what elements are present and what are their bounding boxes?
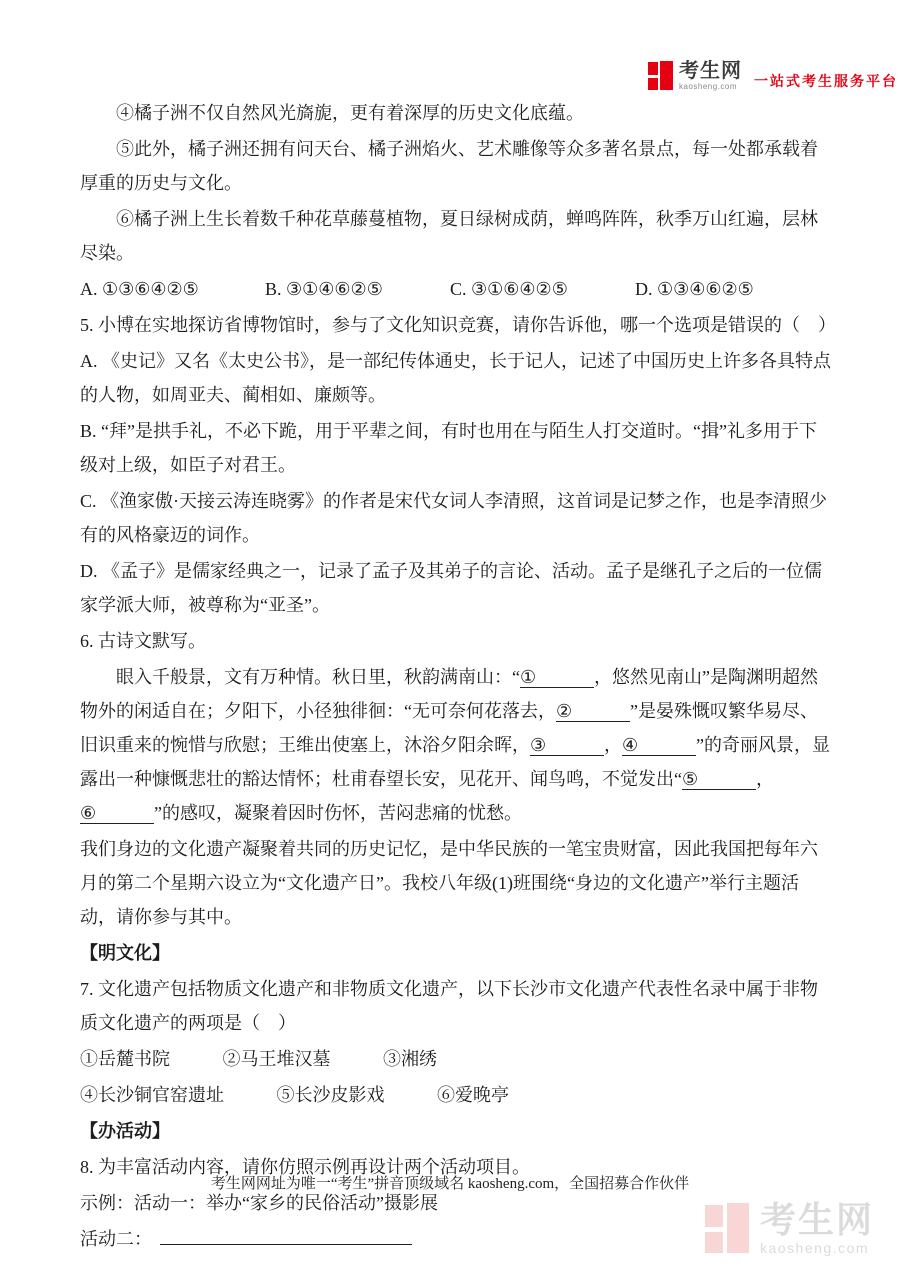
section-header-activity: 【办活动】 (80, 1114, 832, 1148)
q4-option-a: A. ①③⑥④②⑤ (80, 272, 265, 306)
q7-item-5: ⑤长沙皮影戏 (277, 1078, 385, 1112)
q4-option-c: C. ③①⑥④②⑤ (450, 272, 635, 306)
watermark-domain: kaosheng.com (760, 1241, 874, 1255)
heritage-paragraph: 我们身边的文化遗产凝聚着共同的历史记忆，是中华民族的一笔宝贵财富，因此我国把每年… (80, 832, 832, 934)
q6-blank-3: ③ (530, 735, 604, 756)
q5-option-b: B. “拜”是拱手礼，不必下跪，用于平辈之间，有时也用在与陌生人打交道时。“揖”… (80, 414, 832, 482)
brand-tagline: 一站式考生服务平台 (754, 71, 898, 91)
q7-item-1: ①岳麓书院 (80, 1042, 170, 1076)
activity-2-label: 活动二： (80, 1229, 152, 1249)
logo-text: 考生网 kaosheng.com (679, 61, 742, 91)
footer-note: 考生网网址为唯一“考生”拼音顶级域名 kaosheng.com，全国招募合作伙伴 (0, 1172, 900, 1193)
kaosheng-logo-icon (648, 61, 674, 91)
section-header-culture: 【明文化】 (80, 936, 832, 970)
exam-paper-page: 考生网 kaosheng.com 一站式考生服务平台 ④橘子洲不仅自然风光旖旎，… (0, 0, 900, 1272)
watermark-text: 考生网 kaosheng.com (760, 1202, 874, 1255)
activity-2-blank (160, 1223, 412, 1245)
question-7: 7. 文化遗产包括物质文化遗产和非物质文化遗产，以下长沙市文化遗产代表性名录中属… (80, 972, 832, 1040)
q4-options-row: A. ①③⑥④②⑤ B. ③①④⑥②⑤ C. ③①⑥④②⑤ D. ①③④⑥②⑤ (80, 272, 832, 306)
q6-blank-1: ① (520, 667, 594, 688)
brand-name: 考生网 (679, 61, 742, 81)
q7-item-4: ④长沙铜官窑遗址 (80, 1078, 224, 1112)
q6-blank-6: ⑥ (80, 803, 154, 824)
question-5: 5. 小博在实地探访省博物馆时，参与了文化知识竞赛，请你告诉他，哪一个选项是错误… (80, 308, 832, 342)
paragraph-4: ④橘子洲不仅自然风光旖旎，更有着深厚的历史文化底蕴。 (80, 96, 832, 130)
q6-text-7: ”的感叹，凝聚着因时伤怀，苦闷悲痛的忧愁。 (154, 803, 522, 823)
q4-option-b: B. ③①④⑥②⑤ (265, 272, 450, 306)
q4-option-d: D. ①③④⑥②⑤ (635, 272, 820, 306)
question-6-body: 眼入千般景，文有万种情。秋日里，秋韵满南山：“①，悠然见南山”是陶渊明超然物外的… (80, 660, 832, 830)
brand-domain: kaosheng.com (679, 83, 742, 91)
paragraph-5: ⑤此外，橘子洲还拥有问天台、橘子洲焰火、艺术雕像等众多著名景点，每一处都承载着厚… (80, 132, 832, 200)
watermark-logo-icon (705, 1203, 751, 1255)
q6-blank-4: ④ (622, 735, 696, 756)
paragraph-6: ⑥橘子洲上生长着数千种花草藤蔓植物，夏日绿树成荫，蝉鸣阵阵，秋季万山红遍，层林尽… (80, 202, 832, 270)
q7-item-2: ②马王堆汉墓 (223, 1042, 331, 1076)
watermark: 考生网 kaosheng.com (705, 1202, 874, 1255)
q5-option-c: C. 《渔家傲·天接云涛连晓雾》的作者是宋代女词人李清照，这首词是记梦之作，也是… (80, 484, 832, 552)
q6-blank-5: ⑤ (682, 769, 756, 790)
header-logo: 考生网 kaosheng.com 一站式考生服务平台 (648, 61, 898, 91)
q6-text-1: 眼入千般景，文有万种情。秋日里，秋韵满南山：“ (116, 667, 520, 687)
q6-text-6: ， (756, 769, 774, 789)
q6-blank-2: ② (556, 701, 630, 722)
question-6-title: 6. 古诗文默写。 (80, 624, 832, 658)
q7-items-row-2: ④长沙铜官窑遗址 ⑤长沙皮影戏 ⑥爱晚亭 (80, 1078, 832, 1112)
q5-option-a: A. 《史记》又名《太史公书》，是一部纪传体通史，长于记人，记述了中国历史上许多… (80, 344, 832, 412)
q7-item-3: ③湘绣 (383, 1042, 437, 1076)
watermark-brand: 考生网 (760, 1202, 874, 1238)
q6-text-4: ， (604, 735, 622, 755)
q7-item-6: ⑥爱晚亭 (437, 1078, 509, 1112)
q7-items-row-1: ①岳麓书院 ②马王堆汉墓 ③湘绣 (80, 1042, 832, 1076)
exam-content: ④橘子洲不仅自然风光旖旎，更有着深厚的历史文化底蕴。 ⑤此外，橘子洲还拥有问天台… (80, 96, 832, 1258)
q5-option-d: D. 《孟子》是儒家经典之一，记录了孟子及其弟子的言论、活动。孟子是继孔子之后的… (80, 554, 832, 622)
